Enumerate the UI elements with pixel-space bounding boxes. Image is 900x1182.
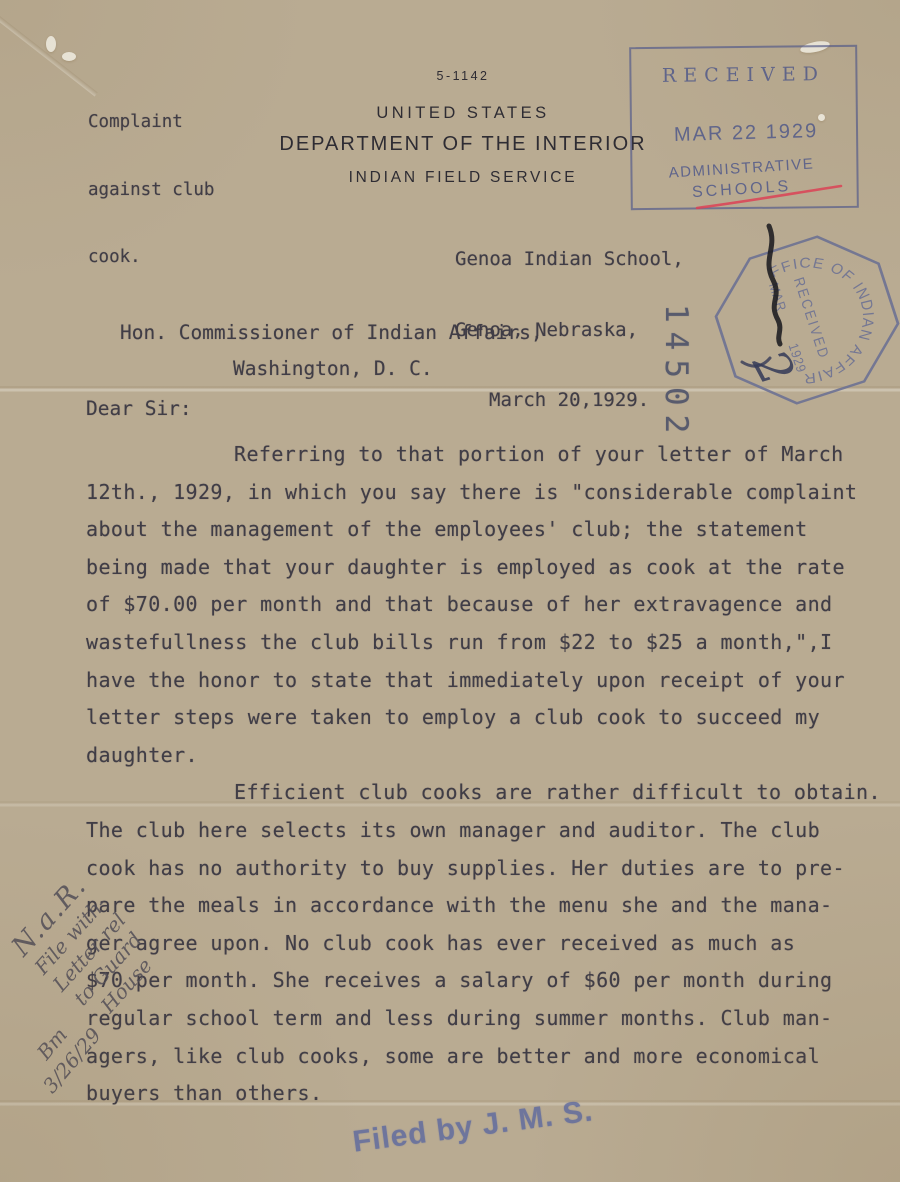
office-of-indian-affairs-stamp: OFFICE OF INDIAN AFFAIRS RECEIVED MAR 19… xyxy=(695,215,900,425)
body-line: Efficient club cooks are rather difficul… xyxy=(86,774,860,812)
body-line: regular school term and less during summ… xyxy=(86,1000,860,1038)
recipient-line: Hon. Commissioner of Indian Affairs, xyxy=(120,321,543,344)
paper-damage xyxy=(46,36,56,52)
corner-note: Complaint against club cook. xyxy=(88,66,214,314)
body-line: wastefullness the club bills run from $2… xyxy=(86,624,860,662)
paper-damage xyxy=(62,52,76,61)
body-line: have the honor to state that immediately… xyxy=(86,662,860,700)
recipient-line: Washington, D. C. xyxy=(233,357,433,380)
file-number-stamp: 14502 xyxy=(658,304,694,442)
corner-note-line: cook. xyxy=(88,246,214,269)
corner-note-line: against club xyxy=(88,179,214,202)
body-line: being made that your daughter is employe… xyxy=(86,549,860,587)
octagon-month-text: MAR xyxy=(766,281,790,314)
body-line: about the management of the employees' c… xyxy=(86,511,860,549)
body-line: Referring to that portion of your letter… xyxy=(86,436,860,474)
body-line: The club here selects its own manager an… xyxy=(86,812,860,850)
salutation: Dear Sir: xyxy=(86,397,192,420)
received-stamp-title: RECEIVED xyxy=(631,63,855,87)
body-line: daughter. xyxy=(86,737,860,775)
letterhead-service: INDIAN FIELD SERVICE xyxy=(263,169,663,187)
octagon-stamp-graphic: OFFICE OF INDIAN AFFAIRS RECEIVED MAR 19… xyxy=(695,215,900,425)
paper-crease xyxy=(0,13,98,97)
body-line: letter steps were taken to employ a club… xyxy=(86,699,860,737)
body-line: agers, like club cooks, some are better … xyxy=(86,1038,860,1076)
form-number: 5-1142 xyxy=(263,69,663,83)
body-line: of $70.00 per month and that because of … xyxy=(86,586,860,624)
body-line: $70 per month. She receives a salary of … xyxy=(86,962,860,1000)
dateline-date: March 20,1929. xyxy=(455,389,684,413)
body-line: ger agree upon. No club cook has ever re… xyxy=(86,925,860,963)
body-line: buyers than others. xyxy=(86,1075,860,1113)
octagon-year-text: 1929 xyxy=(785,341,809,375)
received-stamp-date: MAR 22 1929 xyxy=(636,119,857,148)
letterhead-department: DEPARTMENT OF THE INTERIOR xyxy=(263,133,663,156)
letterhead-country: UNITED STATES xyxy=(263,104,663,123)
body-line: 12th., 1929, in which you say there is "… xyxy=(86,474,860,512)
corner-note-line: Complaint xyxy=(88,111,214,134)
dateline-school: Genoa Indian School, xyxy=(455,248,684,272)
received-date-stamp: RECEIVED MAR 22 1929 ADMINISTRATIVE SCHO… xyxy=(629,45,859,210)
body-line: cook has no authority to buy supplies. H… xyxy=(86,850,860,888)
letter-body: Referring to that portion of your letter… xyxy=(86,436,860,1113)
letter-page: Complaint against club cook. 5-1142 UNIT… xyxy=(0,0,900,1182)
